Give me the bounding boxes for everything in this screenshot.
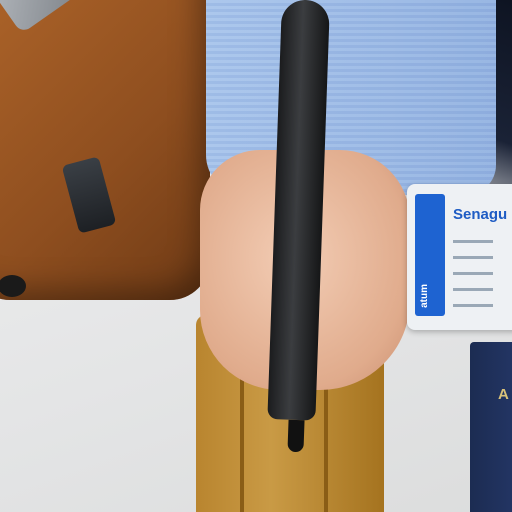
passport-cover-text: A bbox=[498, 386, 509, 403]
suitcase bbox=[0, 0, 210, 300]
id-card: atum Senagu bbox=[407, 184, 512, 330]
suitcase-lock bbox=[62, 156, 117, 233]
id-card-line bbox=[453, 256, 493, 259]
photo-scene: atum Senagu A bbox=[0, 0, 512, 512]
id-card-line bbox=[453, 240, 493, 243]
stylus-tip bbox=[287, 420, 304, 453]
id-card-title: Senagu bbox=[453, 206, 507, 223]
id-card-line bbox=[453, 272, 493, 275]
passport: A bbox=[470, 342, 512, 512]
id-card-line bbox=[453, 304, 493, 307]
id-card-band: atum bbox=[415, 194, 445, 316]
suitcase-handle bbox=[0, 0, 87, 34]
suitcase-wheel bbox=[0, 275, 26, 297]
id-card-line bbox=[453, 288, 493, 291]
id-card-band-text: atum bbox=[419, 284, 430, 308]
